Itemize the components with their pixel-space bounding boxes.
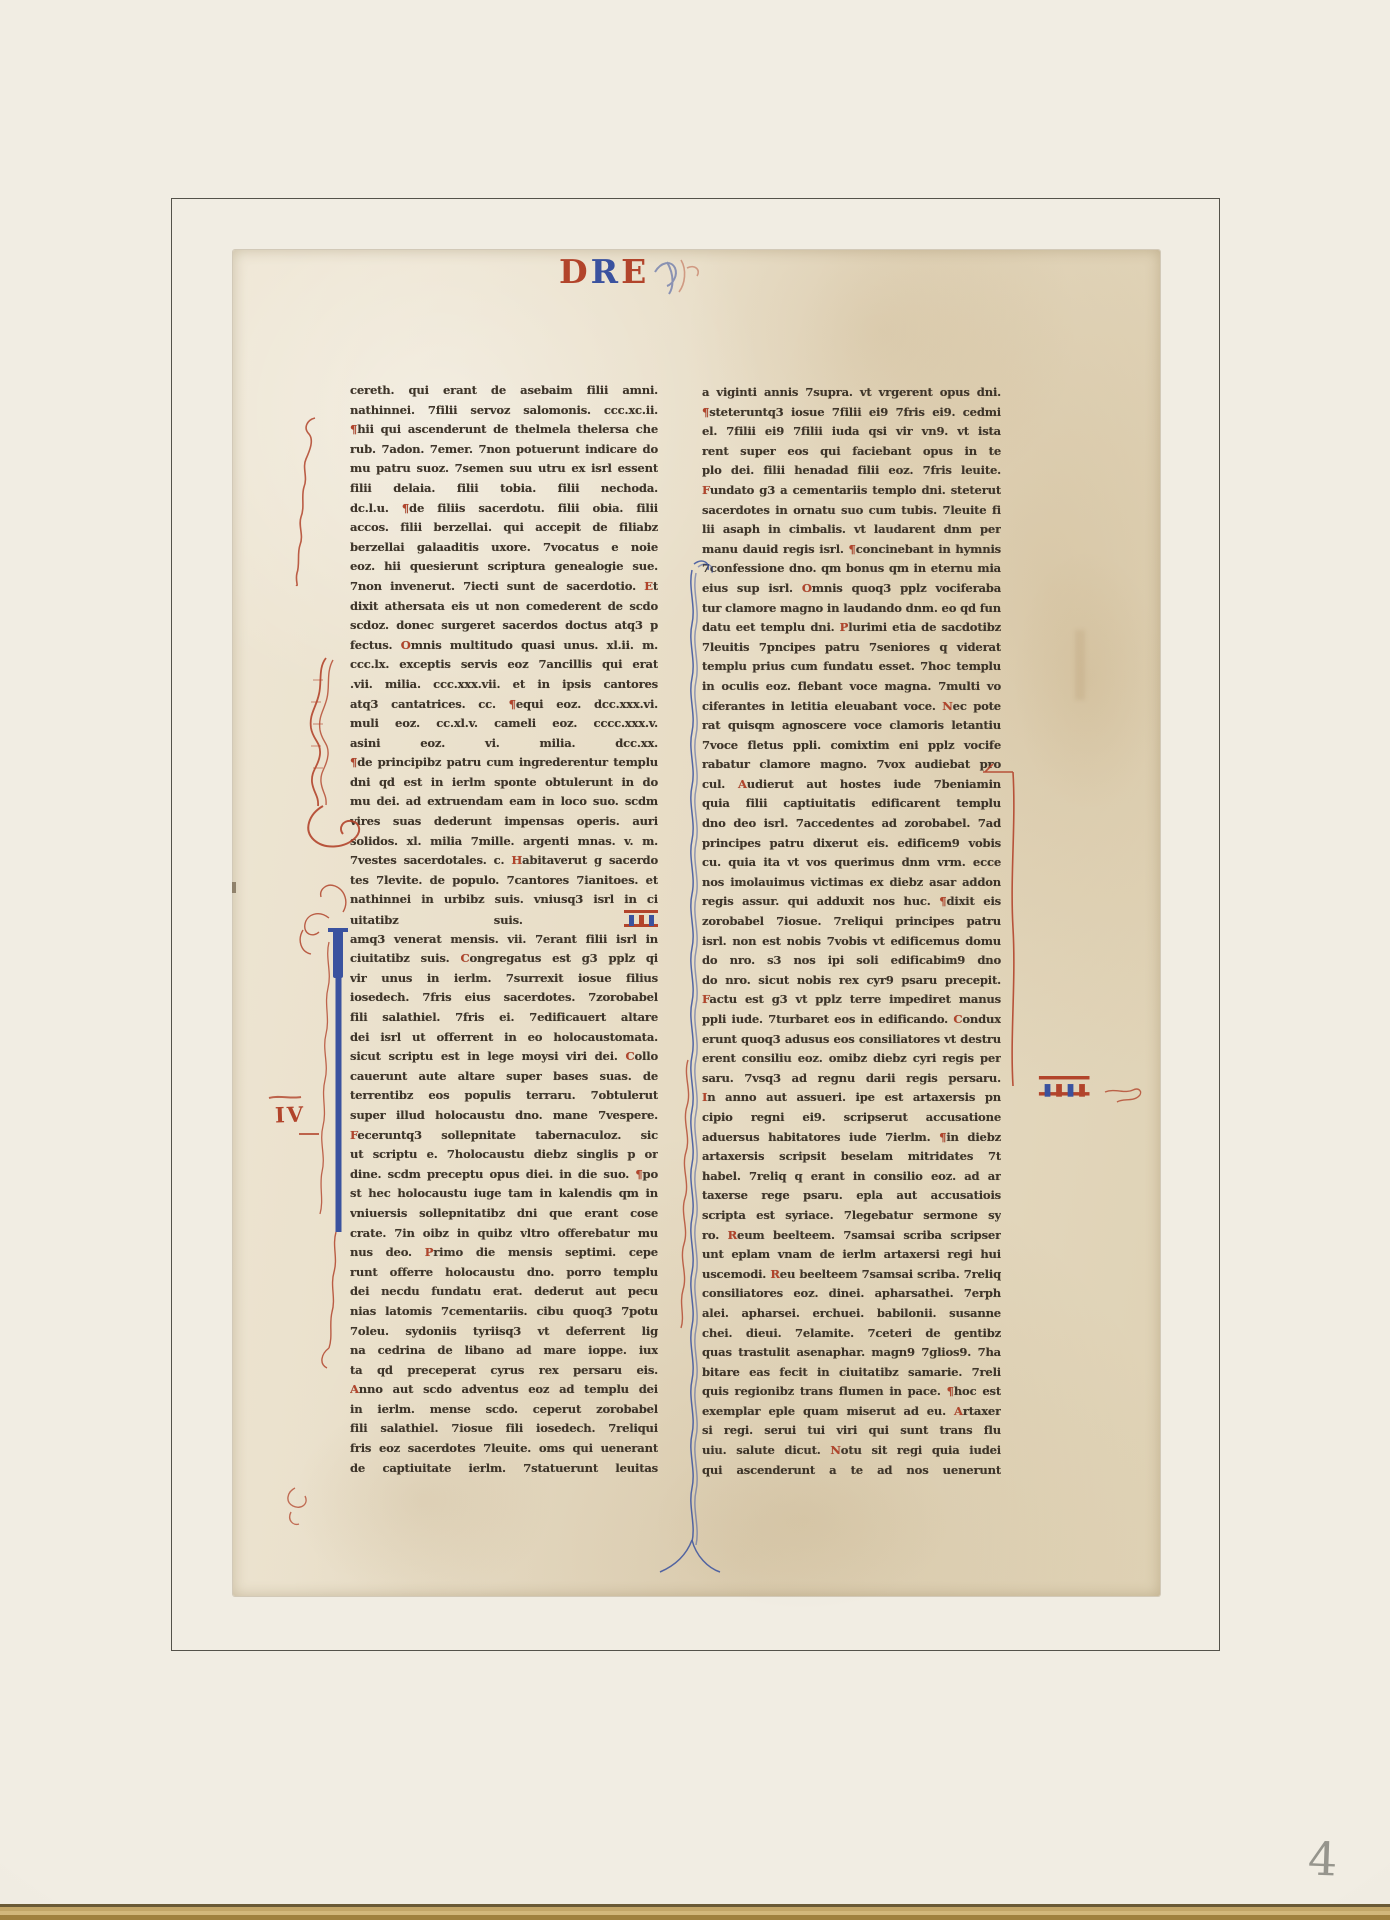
text-line: alei. apharsei. erchuei. babilonii. susa… bbox=[702, 1304, 1001, 1324]
text-line: 7oleu. sydoniis tyriisq3 vt deferrent li… bbox=[350, 1322, 658, 1342]
text-line: ciferantes in letitia eleuabant voce. Ne… bbox=[702, 697, 1001, 717]
text-line: dni qd est in ierlm sponte obtulerunt in… bbox=[350, 773, 658, 793]
text-line: Fundato g3 a cementariis templo dni. ste… bbox=[702, 481, 1001, 501]
text-line: vniuersis sollepnitatibz dni que erant c… bbox=[350, 1204, 658, 1224]
rubric-mark: ¶ bbox=[849, 542, 856, 556]
rubric-mark: ¶ bbox=[350, 422, 357, 436]
rubric-mark: A bbox=[954, 1404, 963, 1418]
text-line: solidos. xl. milia 7mille. argenti mnas.… bbox=[350, 832, 658, 852]
text-line: vir unus in ierlm. 7surrexit iosue filiu… bbox=[350, 969, 658, 989]
text-line: habel. 7reliq q erant in consilio eoz. a… bbox=[702, 1167, 1001, 1187]
matted-manuscript-photo: DRE cereth. qui erant de asebaim filii a… bbox=[0, 0, 1390, 1920]
text-line: artaxersis scripsit beselam mitridates 7… bbox=[702, 1147, 1001, 1167]
text-line: el. 7filii ei9 7filii iuda qsi vir vn9. … bbox=[702, 422, 1001, 442]
text-line: in ierlm. mense scdo. ceperut zorobabel bbox=[350, 1400, 658, 1420]
rubric-mark: H bbox=[511, 853, 522, 867]
running-title-flourish bbox=[651, 254, 703, 296]
running-title-letter: R bbox=[591, 252, 621, 291]
text-line: scdoz. donec surgeret sacerdos doctus at… bbox=[350, 616, 658, 636]
text-line: ¶steteruntq3 iosue 7filii ei9 7fris ei9.… bbox=[702, 403, 1001, 423]
text-line: cu. quia ita vt vos querimus dnm vrm. ec… bbox=[702, 853, 1001, 873]
text-line: unt eplam vnam de ierlm artaxersi regi h… bbox=[702, 1245, 1001, 1265]
text-line: .vii. milia. ccc.xxx.vii. et in ipsis ca… bbox=[350, 675, 658, 695]
text-line: mu patru suoz. 7semen suu utru ex isrl e… bbox=[350, 459, 658, 479]
text-line: principes patru dixerut eis. edificem9 v… bbox=[702, 834, 1001, 854]
rubric-mark: ¶ bbox=[635, 1167, 642, 1181]
rubric-mark: ¶ bbox=[947, 1384, 954, 1398]
rubric-mark: F bbox=[350, 1128, 357, 1142]
text-line: cereth. qui erant de asebaim filii amni. bbox=[350, 381, 658, 401]
running-title-letter: D bbox=[559, 252, 591, 291]
text-line: dine. scdm preceptu opus diei. in die su… bbox=[350, 1165, 658, 1185]
text-line: atq3 cantatrices. cc. ¶equi eoz. dcc.xxx… bbox=[350, 695, 658, 715]
running-title-letters: DRE bbox=[559, 250, 649, 294]
text-column-left: cereth. qui erant de asebaim filii amni.… bbox=[350, 381, 658, 1478]
text-line: cipio regni ei9. scripserut accusatione bbox=[702, 1108, 1001, 1128]
rubric-mark: R bbox=[770, 1267, 779, 1281]
text-line: si regi. serui tui viri qui sunt trans f… bbox=[702, 1421, 1001, 1441]
rubric-mark: R bbox=[728, 1228, 737, 1242]
text-line: 7vestes sacerdotales. c. Habitaverut g s… bbox=[350, 851, 658, 871]
rubric-mark: A bbox=[738, 777, 747, 791]
text-line: berzellai galaaditis uxore. 7vocatus e n… bbox=[350, 538, 658, 558]
chapter-numeral-IV: IV bbox=[275, 1101, 306, 1127]
text-line: ciuitatibz suis. Congregatus est g3 pplz… bbox=[350, 949, 658, 969]
text-column-right: a viginti annis 7supra. vt vrgerent opus… bbox=[702, 383, 1001, 1480]
gilt-frame-edge bbox=[0, 1904, 1390, 1920]
text-line: uitatibz suis. bbox=[350, 910, 658, 930]
text-line: vires suas dederunt impensas operis. aur… bbox=[350, 812, 658, 832]
text-line: Feceruntq3 sollepnitate tabernaculoz. si… bbox=[350, 1126, 658, 1146]
rubric-mark: F bbox=[702, 992, 709, 1006]
text-line: 7confessione dno. qm bonus qm in eternu … bbox=[702, 559, 1001, 579]
text-line: rabatur clamore magno. 7vox audiebat pro bbox=[702, 755, 1001, 775]
text-line: dei isrl ut offerrent in eo holocaustoma… bbox=[350, 1028, 658, 1048]
rubric-mark: I bbox=[702, 1090, 707, 1104]
text-line: quis regionibz trans flumen in pace. ¶ho… bbox=[702, 1382, 1001, 1402]
text-line: runt offerre holocaustu dno. porro templ… bbox=[350, 1263, 658, 1283]
rubric-mark: ¶ bbox=[509, 697, 516, 711]
text-line: fectus. Omnis multitudo quasi unus. xl.i… bbox=[350, 636, 658, 656]
text-line: erunt quoq3 adusus eos consiliatores vt … bbox=[702, 1030, 1001, 1050]
text-line: sacerdotes in ornatu suo cum tubis. 7leu… bbox=[702, 501, 1001, 521]
text-line: eoz. hii quesierunt scriptura genealogie… bbox=[350, 557, 658, 577]
text-line: consiliatores eoz. dinei. apharsathei. 7… bbox=[702, 1284, 1001, 1304]
text-line: fris eoz sacerdotes 7leuite. oms qui uen… bbox=[350, 1439, 658, 1459]
parchment-smudge bbox=[1075, 630, 1085, 700]
leaf-edge-notch bbox=[232, 882, 236, 893]
text-line: Anno aut scdo adventus eoz ad templu dei bbox=[350, 1380, 658, 1400]
rubric-mark: C bbox=[460, 951, 469, 965]
text-line: nus deo. Primo die mensis septimi. cepe bbox=[350, 1243, 658, 1263]
text-line: dc.l.u. ¶de filiis sacerdotu. filii obia… bbox=[350, 499, 658, 519]
text-line: nos imolauimus victimas ex diebz asar ad… bbox=[702, 873, 1001, 893]
text-line: lii asaph in cimbalis. vt laudarent dnm … bbox=[702, 520, 1001, 540]
text-line: nathinnei. 7filii servoz salomonis. ccc.… bbox=[350, 401, 658, 421]
running-title-letter: E bbox=[621, 252, 649, 291]
text-line: uscemodi. Reu beelteem 7samsai scriba. 7… bbox=[702, 1265, 1001, 1285]
text-line: super illud holocaustu dno. mane 7vesper… bbox=[350, 1106, 658, 1126]
text-line: filii delaia. filii tobia. filii nechoda… bbox=[350, 479, 658, 499]
rubric-mark: C bbox=[953, 1012, 962, 1026]
text-line: terrentibz eos populis terraru. 7obtuler… bbox=[350, 1086, 658, 1106]
text-line: exemplar eple quam miserut ad eu. Artaxe… bbox=[702, 1402, 1001, 1422]
text-line: dixit athersata eis ut non comederent de… bbox=[350, 597, 658, 617]
text-line: sicut scriptu est in lege moysi viri dei… bbox=[350, 1047, 658, 1067]
parchment-stain bbox=[1013, 550, 1163, 810]
text-line: nias latomis 7cementariis. cibu quoq3 7p… bbox=[350, 1302, 658, 1322]
rubric-mark: N bbox=[942, 699, 952, 713]
text-line: quas trastulit asenaphar. magn9 7glios9.… bbox=[702, 1343, 1001, 1363]
text-line: asini eoz. vi. milia. dcc.xx. bbox=[350, 734, 658, 754]
rubric-mark: A bbox=[350, 1382, 359, 1396]
chapter-numeral-bars bbox=[1039, 1076, 1090, 1096]
text-line: zorobabel 7iosue. 7reliqui principes pat… bbox=[702, 912, 1001, 932]
text-line: amq3 venerat mensis. vii. 7erant filii i… bbox=[350, 930, 658, 950]
rubric-mark: C bbox=[625, 1049, 634, 1063]
rubric-mark: ¶ bbox=[402, 501, 409, 515]
text-line: tes 7levite. de populo. 7cantores 7ianit… bbox=[350, 871, 658, 891]
text-line: aduersus habitatores iude 7ierlm. ¶in di… bbox=[702, 1128, 1001, 1148]
rubric-mark: O bbox=[802, 581, 812, 595]
manuscript-leaf: DRE cereth. qui erant de asebaim filii a… bbox=[233, 250, 1160, 1596]
text-line: uiu. salute dicut. Notu sit regi quia iu… bbox=[702, 1441, 1001, 1461]
text-line: na cedrina de libano ad mare ioppe. iux bbox=[350, 1341, 658, 1361]
text-line: scripta est syriace. 7legebatur sermone … bbox=[702, 1206, 1001, 1226]
rubric-mark: ¶ bbox=[350, 755, 357, 769]
rubric-mark: F bbox=[702, 483, 710, 497]
text-line: dei necdu fundatu erat. dederut aut pecu bbox=[350, 1282, 658, 1302]
text-line: chei. dieui. 7elamite. 7ceteri de gentib… bbox=[702, 1324, 1001, 1344]
text-line: cauerunt aute altare super bases suas. d… bbox=[350, 1067, 658, 1087]
text-line: ppli iude. 7turbaret eos in edificando. … bbox=[702, 1010, 1001, 1030]
rubric-mark: P bbox=[425, 1245, 434, 1259]
chapter-numeral-bars bbox=[624, 910, 658, 927]
text-line: templu prius cum fundatu esset. 7hoc tem… bbox=[702, 657, 1001, 677]
rubric-mark: ¶ bbox=[702, 405, 709, 419]
text-line: dno deo isrl. 7accedentes ad zorobabel. … bbox=[702, 814, 1001, 834]
text-line: regis assur. qui adduxit nos huc. ¶dixit… bbox=[702, 892, 1001, 912]
running-title: DRE bbox=[559, 250, 703, 296]
text-line: qui ascenderunt a te ad nos uenerunt bbox=[702, 1461, 1001, 1481]
text-line: ut scriptu e. 7holocaustu diebz singlis … bbox=[350, 1145, 658, 1165]
text-line: taxerse rege psaru. epla aut accusatiois bbox=[702, 1186, 1001, 1206]
text-line: iosedech. 7fris eius sacerdotes. 7zoroba… bbox=[350, 988, 658, 1008]
text-line: quia filii captiuitatis edificarent temp… bbox=[702, 794, 1001, 814]
rubric-mark: P bbox=[840, 620, 849, 634]
text-line: ccc.lx. exceptis servis eoz 7ancillis qu… bbox=[350, 655, 658, 675]
text-line: In anno aut assueri. ipe est artaxersis … bbox=[702, 1088, 1001, 1108]
text-line: cul. Audierut aut hostes iude 7beniamin bbox=[702, 775, 1001, 795]
text-line: in oculis eoz. flebant voce magna. 7mult… bbox=[702, 677, 1001, 697]
text-line: ¶hii qui ascenderunt de thelmela thelers… bbox=[350, 420, 658, 440]
text-line: mu dei. ad extruendam eam in loco suo. s… bbox=[350, 792, 658, 812]
text-line: do nro. s3 nos ipi soli edificabim9 dno bbox=[702, 951, 1001, 971]
rubric-mark: N bbox=[830, 1443, 840, 1457]
text-line: do nro. sicut nobis rex cyr9 psaru prece… bbox=[702, 971, 1001, 991]
rubric-mark: E bbox=[644, 579, 653, 593]
text-line: rat quisqm agnoscere voce clamoris letan… bbox=[702, 716, 1001, 736]
text-line: 7non invenerut. 7iecti sunt de sacerdoti… bbox=[350, 577, 658, 597]
text-line: eius sup isrl. Omnis quoq3 pplz vocifera… bbox=[702, 579, 1001, 599]
text-line: 7leuitis 7pncipes patru 7seniores q vide… bbox=[702, 638, 1001, 658]
text-line: rent super eos qui faciebant opus in te bbox=[702, 442, 1001, 462]
text-line: de captiuitate ierlm. 7statuerunt leuita… bbox=[350, 1459, 658, 1479]
text-line: a viginti annis 7supra. vt vrgerent opus… bbox=[702, 383, 1001, 403]
text-line: crate. 7in oibz in quibz vltro offerebat… bbox=[350, 1224, 658, 1244]
text-line: 7voce fletus ppli. comixtim eni pplz voc… bbox=[702, 736, 1001, 756]
text-line: erent consiliu eoz. omibz diebz cyri reg… bbox=[702, 1049, 1001, 1069]
rubric-mark: ¶ bbox=[939, 894, 946, 908]
text-line: nathinnei in urbibz suis. vniusq3 isrl i… bbox=[350, 890, 658, 910]
text-line: st hec holocaustu iuge tam in kalendis q… bbox=[350, 1184, 658, 1204]
text-line: saru. 7vsq3 ad regnu darii regis persaru… bbox=[702, 1069, 1001, 1089]
text-line: accos. filii berzellai. qui accepit de f… bbox=[350, 518, 658, 538]
text-line: datu eet templu dni. Plurimi etia de sac… bbox=[702, 618, 1001, 638]
rubric-mark: O bbox=[401, 638, 411, 652]
text-line: ta qd preceperat cyrus rex persaru eis. bbox=[350, 1361, 658, 1381]
text-line: plo dei. filii henadad filii eoz. 7fris … bbox=[702, 461, 1001, 481]
text-line: ro. Reum beelteem. 7samsai scriba scrips… bbox=[702, 1226, 1001, 1246]
chapter-numeral-IIII bbox=[1032, 1076, 1090, 1099]
text-line: tur clamore magno in laudando dnm. eo qd… bbox=[702, 599, 1001, 619]
text-line: fili salathiel. 7iosue fili iosedech. 7r… bbox=[350, 1419, 658, 1439]
text-line: fili salathiel. 7fris ei. 7edificauert a… bbox=[350, 1008, 658, 1028]
rubric-mark: ¶ bbox=[939, 1130, 946, 1144]
text-line: muli eoz. cc.xl.v. cameli eoz. cccc.xxx.… bbox=[350, 714, 658, 734]
pencil-number: 4 bbox=[1307, 1832, 1338, 1887]
text-line: isrl. non est nobis 7vobis vt edificemus… bbox=[702, 932, 1001, 952]
text-line: rub. 7adon. 7emer. 7non potuerunt indica… bbox=[350, 440, 658, 460]
text-line: bitare eas fecit in ciuitatibz samarie. … bbox=[702, 1363, 1001, 1383]
text-line: ¶de principibz patru cum ingrederentur t… bbox=[350, 753, 658, 773]
text-line: manu dauid regis isrl. ¶concinebant in h… bbox=[702, 540, 1001, 560]
text-line: Factu est g3 vt pplz terre impediret man… bbox=[702, 990, 1001, 1010]
